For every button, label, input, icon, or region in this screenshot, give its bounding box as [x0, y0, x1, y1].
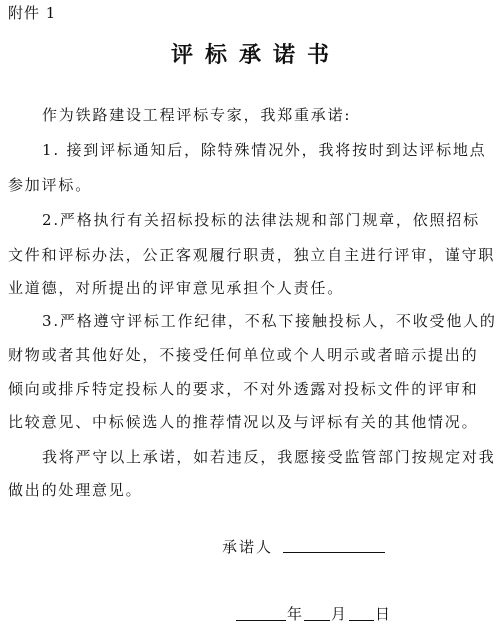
attachment-label: 附件 1 — [8, 2, 56, 23]
body-line: 业道德，对所提出的评审意见承担个人责任。 — [8, 277, 344, 298]
body-line: 作为铁路建设工程评标专家，我郑重承诺: — [42, 104, 351, 125]
body-line: 我将严守以上承诺，如若违反，我愿接受监管部门按规定对我 — [42, 446, 496, 467]
body-line: 参加评标。 — [8, 174, 92, 195]
year-label: 年 — [287, 603, 302, 624]
body-line: 做出的处理意见。 — [8, 479, 142, 500]
body-line: 文件和评标办法，公正客观履行职责，独立自主进行评审，谨守职 — [8, 244, 495, 265]
month-label: 月 — [331, 603, 346, 624]
year-blank[interactable] — [236, 620, 286, 621]
body-line: 3.严格遵守评标工作纪律，不私下接触投标人，不收受他人的 — [42, 310, 497, 331]
month-blank[interactable] — [304, 620, 330, 621]
body-line: 比较意见、中标候选人的推荐情况以及与评标有关的其他情况。 — [8, 411, 478, 432]
signature-label: 承诺人 — [222, 536, 273, 557]
body-line: 2.严格执行有关招标投标的法律法规和部门规章，依照招标 — [42, 209, 480, 230]
body-line: 1. 接到评标通知后，除特殊情况外，我将按时到达评标地点 — [42, 139, 486, 160]
body-line: 倾向或排斥特定投标人的要求，不对外透露对投标文件的评审和 — [8, 378, 478, 399]
day-label: 日 — [375, 603, 390, 624]
document-title: 评标承诺书 — [0, 38, 502, 69]
signature-blank[interactable] — [283, 552, 385, 553]
day-blank[interactable] — [349, 620, 374, 621]
body-line: 财物或者其他好处，不接受任何单位或个人明示或者暗示提出的 — [8, 344, 478, 365]
